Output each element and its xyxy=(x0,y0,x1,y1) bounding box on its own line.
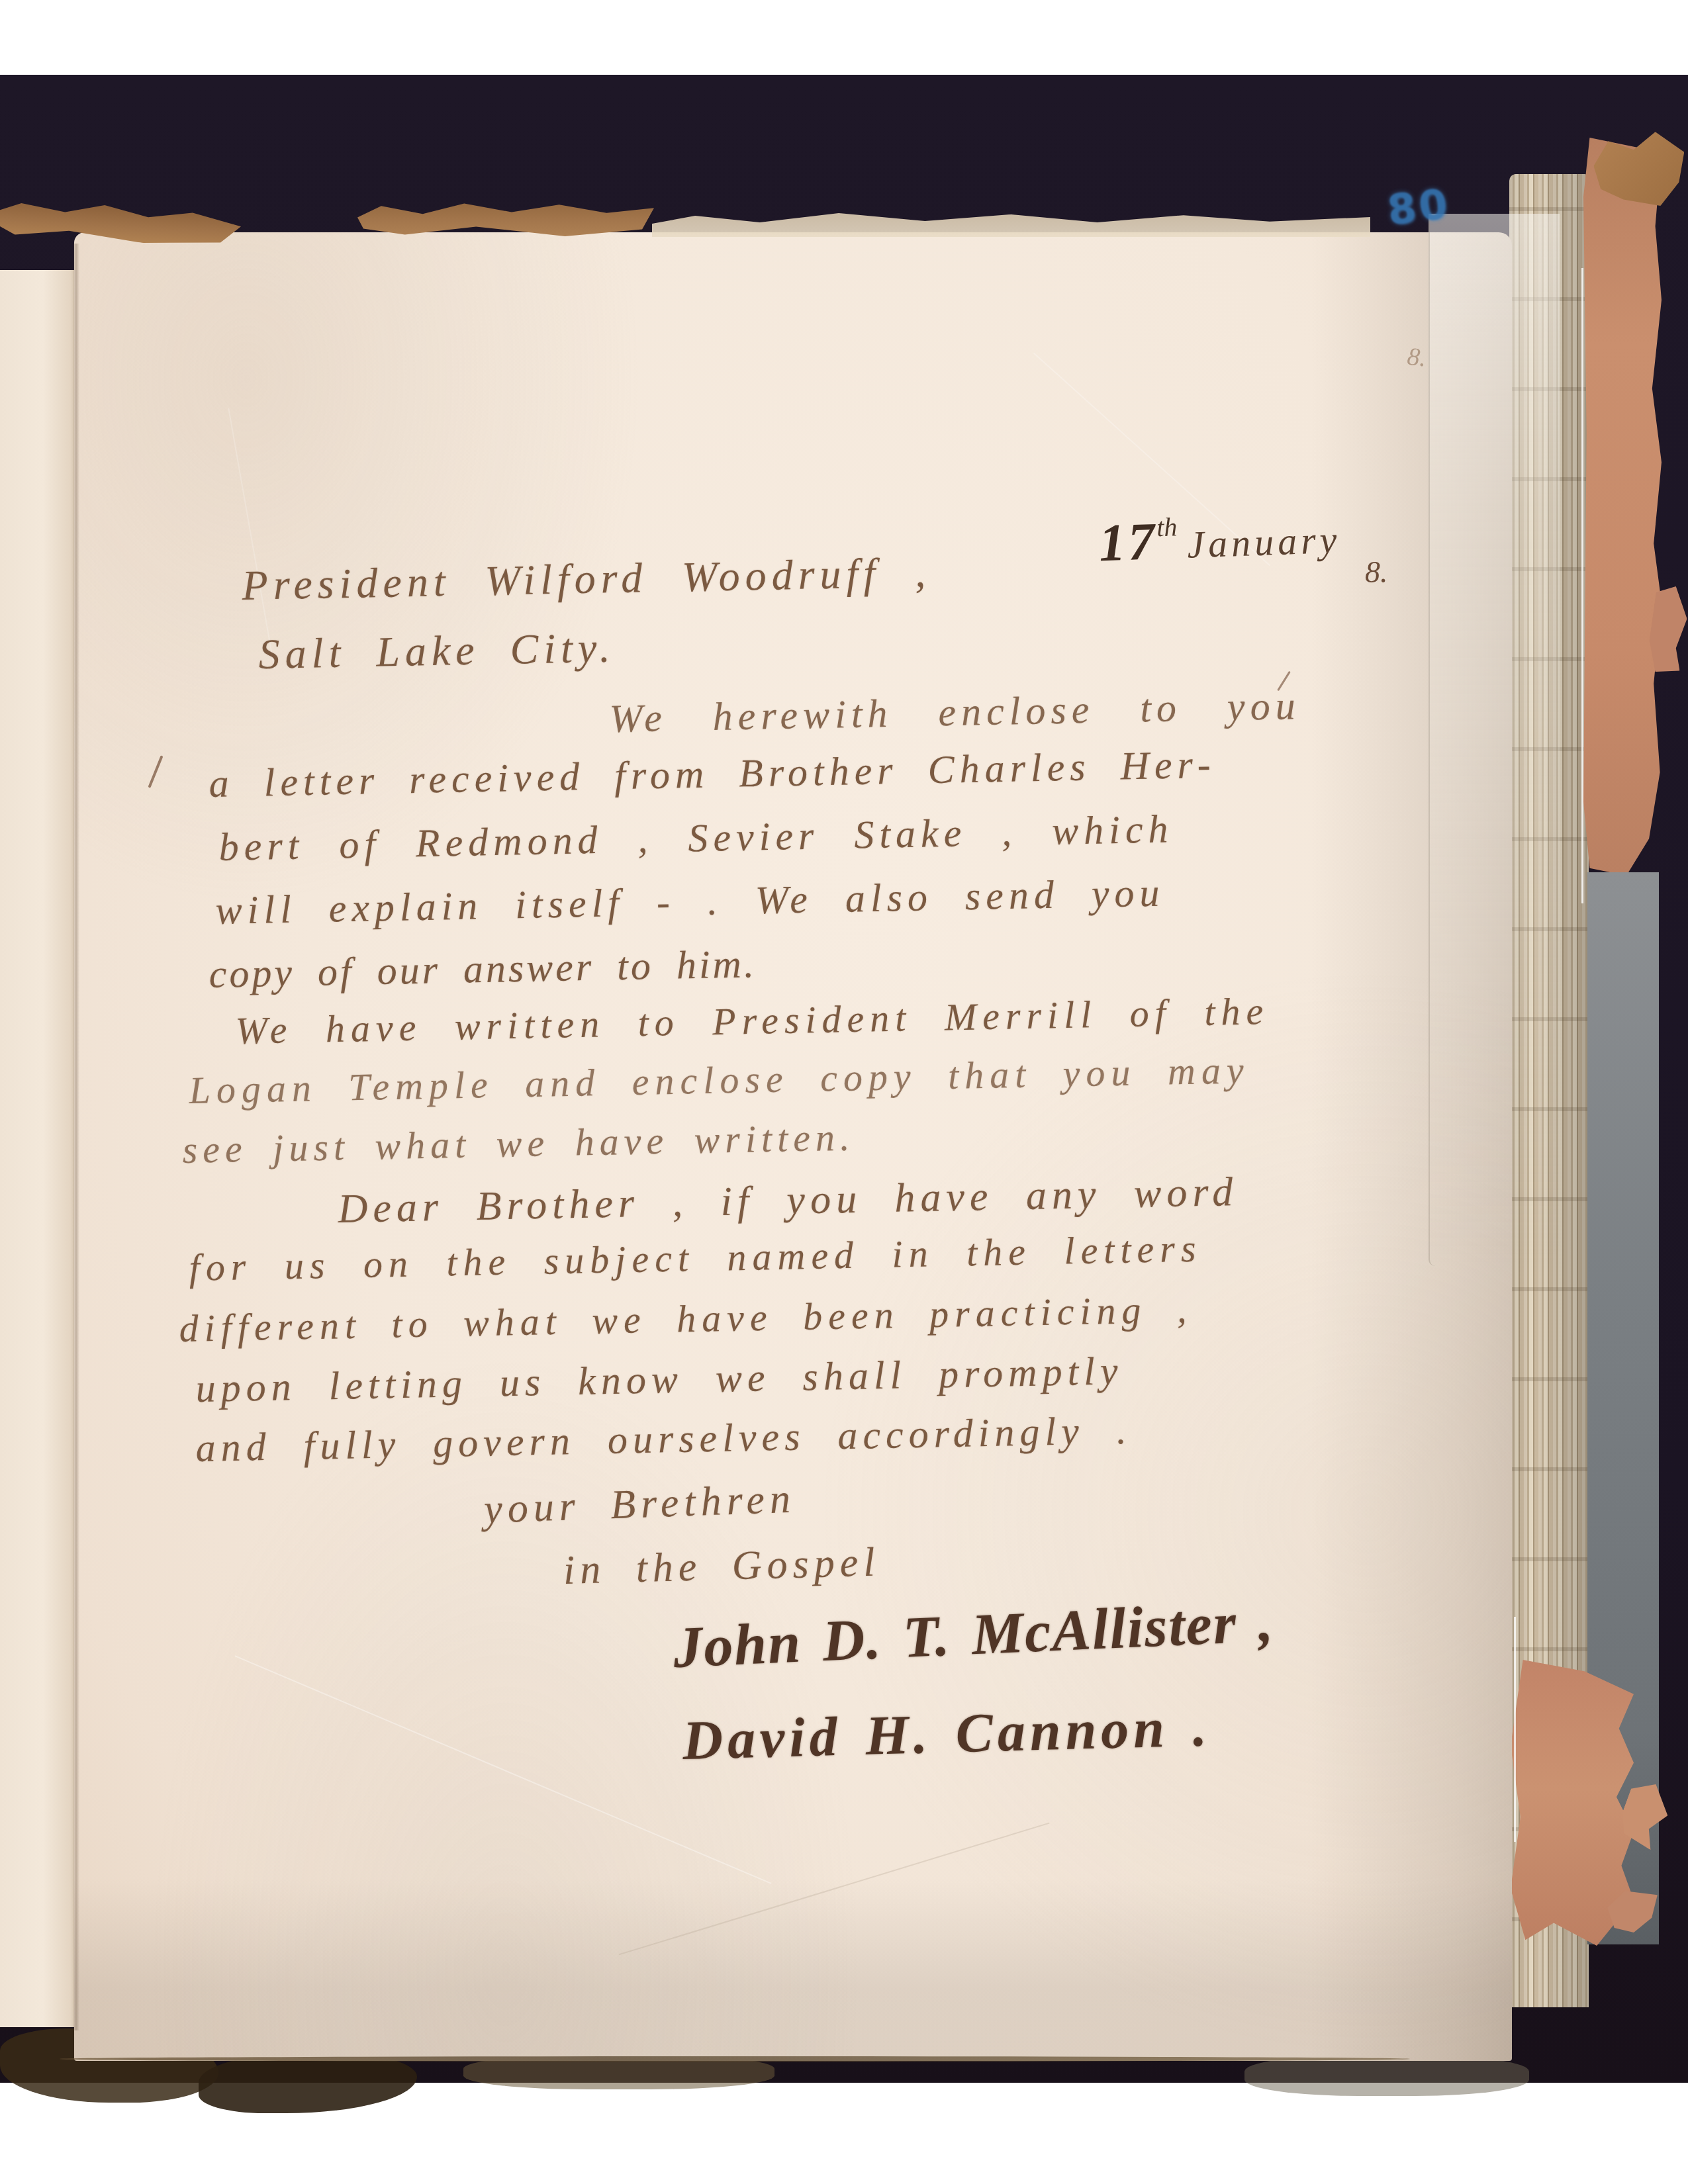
backdrop-smudge xyxy=(199,2052,417,2113)
scan-artifact-line xyxy=(1581,268,1583,903)
letter-line-address: Salt Lake City. xyxy=(258,623,616,679)
scan-artifact-line xyxy=(1514,1617,1516,1842)
torn-paper-edge xyxy=(652,210,1370,237)
book-cover-cloth-pink-top xyxy=(1583,138,1662,876)
page-number-stamp: 80 xyxy=(1385,179,1452,235)
date-ordinal: th xyxy=(1156,512,1178,542)
left-flyleaf-fold xyxy=(0,270,78,2027)
backdrop-smudge xyxy=(1244,2055,1529,2096)
date-day: 17 xyxy=(1098,512,1158,572)
letter-dateline: 17thJanuary xyxy=(1098,506,1342,574)
scanned-document-page: 80 8. 17thJanuary 8. President Wilford W… xyxy=(0,0,1688,2184)
date-month: January xyxy=(1186,518,1341,567)
torn-paper-edge xyxy=(357,202,654,236)
tissue-guard-overlay xyxy=(1429,214,1560,1266)
letter-closing-line: in the Gospel xyxy=(563,1539,880,1594)
page-bottom-edge xyxy=(60,2056,1410,2062)
gutter-fold-line xyxy=(73,244,79,2030)
date-annotation: 8. xyxy=(1365,555,1388,590)
faint-marginal-mark: 8. xyxy=(1406,342,1428,373)
